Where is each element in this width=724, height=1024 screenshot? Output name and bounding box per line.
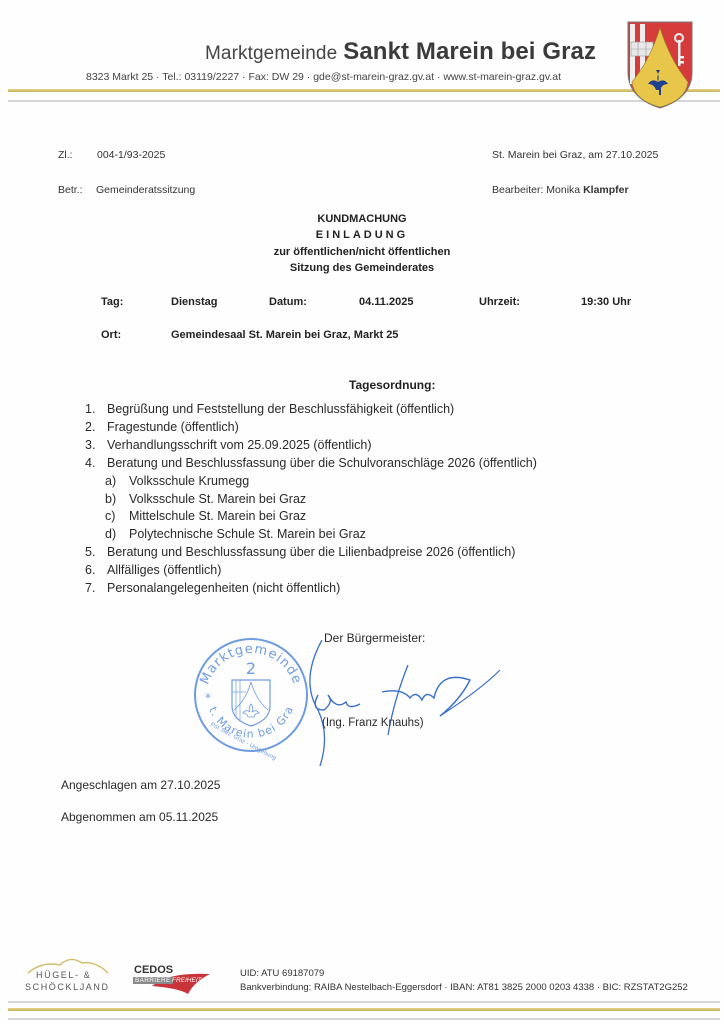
mayor-name: (Ing. Franz Knauhs)	[322, 717, 424, 729]
agenda-item: 5.Beratung und Beschlussfassung über die…	[85, 544, 537, 562]
agenda-item-number: b)	[105, 491, 129, 509]
header-rule-grey	[8, 100, 720, 102]
agenda-item-text: Mittelschule St. Marein bei Graz	[129, 508, 306, 526]
vat-id: UID: ATU 69187079	[240, 968, 324, 979]
posted-date: Angeschlagen am 27.10.2025	[61, 778, 220, 792]
agenda-subitem: c)Mittelschule St. Marein bei Graz	[85, 508, 537, 526]
svg-text:*: *	[205, 691, 211, 705]
agenda-item-number: c)	[105, 508, 129, 526]
agenda-item-number: a)	[105, 473, 129, 491]
clerk-label: Bearbeiter: Monika	[492, 184, 580, 196]
agenda-list: 1.Begrüßung und Feststellung der Beschlu…	[85, 401, 537, 598]
invitation-heading: EINLADUNG	[0, 229, 724, 241]
footer-rule-grey-top	[8, 1001, 720, 1003]
footer-rule-grey-bottom	[8, 1018, 720, 1020]
mayor-label: Der Bürgermeister:	[324, 631, 425, 645]
clerk: Bearbeiter: Monika Klampfer	[492, 184, 629, 196]
day-value: Dienstag	[171, 296, 217, 308]
date-value: 04.11.2025	[359, 296, 413, 308]
date-label: Datum:	[269, 296, 307, 308]
footer-rule-gold	[8, 1008, 720, 1011]
agenda-item-text: Allfälliges (öffentlich)	[107, 562, 221, 580]
subject-label: Betr.:	[58, 184, 83, 196]
agenda-item-text: Polytechnische Schule St. Marein bei Gra…	[129, 526, 366, 544]
agenda-subitem: d)Polytechnische Schule St. Marein bei G…	[85, 526, 537, 544]
municipality-name: Sankt Marein bei Graz	[343, 38, 596, 65]
cedos-tag-1: BARRIERE	[133, 977, 173, 984]
logo-line-2: SCHÖCKLJAND	[25, 982, 110, 992]
agenda-item-text: Begrüßung und Feststellung der Beschluss…	[107, 401, 454, 419]
huegel-schoecklland-logo: HÜGEL- & SCHÖCKLJAND	[22, 955, 112, 1000]
day-label: Tag:	[101, 296, 123, 308]
cedos-tag-2: FREIHEIT	[172, 977, 202, 984]
agenda-item-number: d)	[105, 526, 129, 544]
time-value: 19:30 Uhr	[581, 296, 631, 308]
svg-text:2: 2	[246, 659, 256, 678]
agenda-item: 1.Begrüßung und Feststellung der Beschlu…	[85, 401, 537, 419]
agenda-item-number: 2.	[85, 419, 107, 437]
clerk-surname: Klampfer	[583, 184, 629, 196]
header-rule-gold	[8, 89, 720, 92]
agenda-item-number: 7.	[85, 580, 107, 598]
reference-label: Zl.:	[58, 149, 73, 161]
agenda-item-number: 3.	[85, 437, 107, 455]
cedos-logo: CEDOS BARRIERE FREIHEIT	[128, 964, 214, 998]
agenda-item-text: Fragestunde (öffentlich)	[107, 419, 239, 437]
time-label: Uhrzeit:	[479, 296, 520, 308]
location-value: Gemeindesaal St. Marein bei Graz, Markt …	[171, 329, 398, 341]
letterhead-title: MarktgemeindeSankt Marein bei Graz	[205, 38, 596, 66]
notice-heading: KUNDMACHUNG	[0, 213, 724, 225]
agenda-item-number: 5.	[85, 544, 107, 562]
signature-scribble-icon	[290, 640, 510, 770]
agenda-item: 4.Beratung und Beschlussfassung über die…	[85, 455, 537, 473]
agenda-item: 6.Allfälliges (öffentlich)	[85, 562, 537, 580]
agenda-item-text: Volksschule Krumegg	[129, 473, 249, 491]
agenda-item: 7.Personalangelegenheiten (nicht öffentl…	[85, 580, 537, 598]
session-type: zur öffentlichen/nicht öffentlichen	[0, 246, 724, 258]
agenda-item-number: 4.	[85, 455, 107, 473]
reference-number: 004-1/93-2025	[97, 149, 165, 161]
agenda-heading: Tagesordnung:	[349, 378, 435, 392]
agenda-item: 3.Verhandlungsschrift vom 25.09.2025 (öf…	[85, 437, 537, 455]
agenda-item-text: Personalangelegenheiten (nicht öffentlic…	[107, 580, 340, 598]
agenda-subitem: b)Volksschule St. Marein bei Graz	[85, 491, 537, 509]
cedos-name: CEDOS	[134, 964, 173, 976]
agenda-item-text: Beratung und Beschlussfassung über die S…	[107, 455, 537, 473]
letterhead-contact: 8323 Markt 25 · Tel.: 03119/2227 · Fax: …	[86, 71, 561, 83]
location-label: Ort:	[101, 329, 121, 341]
agenda-subitem: a)Volksschule Krumegg	[85, 473, 537, 491]
removed-date: Abgenommen am 05.11.2025	[61, 810, 218, 824]
subject-value: Gemeinderatssitzung	[96, 184, 195, 196]
letterhead-prefix: Marktgemeinde	[205, 43, 337, 64]
coat-of-arms-icon	[626, 20, 694, 110]
agenda-item-text: Verhandlungsschrift vom 25.09.2025 (öffe…	[107, 437, 372, 455]
bank-details: Bankverbindung: RAIBA Nestelbach-Eggersd…	[240, 982, 688, 993]
session-title: Sitzung des Gemeinderates	[0, 262, 724, 274]
agenda-item-number: 1.	[85, 401, 107, 419]
agenda-item-text: Beratung und Beschlussfassung über die L…	[107, 544, 515, 562]
place-date: St. Marein bei Graz, am 27.10.2025	[492, 149, 658, 161]
agenda-item-number: 6.	[85, 562, 107, 580]
agenda-item-text: Volksschule St. Marein bei Graz	[129, 491, 306, 509]
logo-line-1: HÜGEL- &	[36, 970, 91, 980]
agenda-item: 2.Fragestunde (öffentlich)	[85, 419, 537, 437]
